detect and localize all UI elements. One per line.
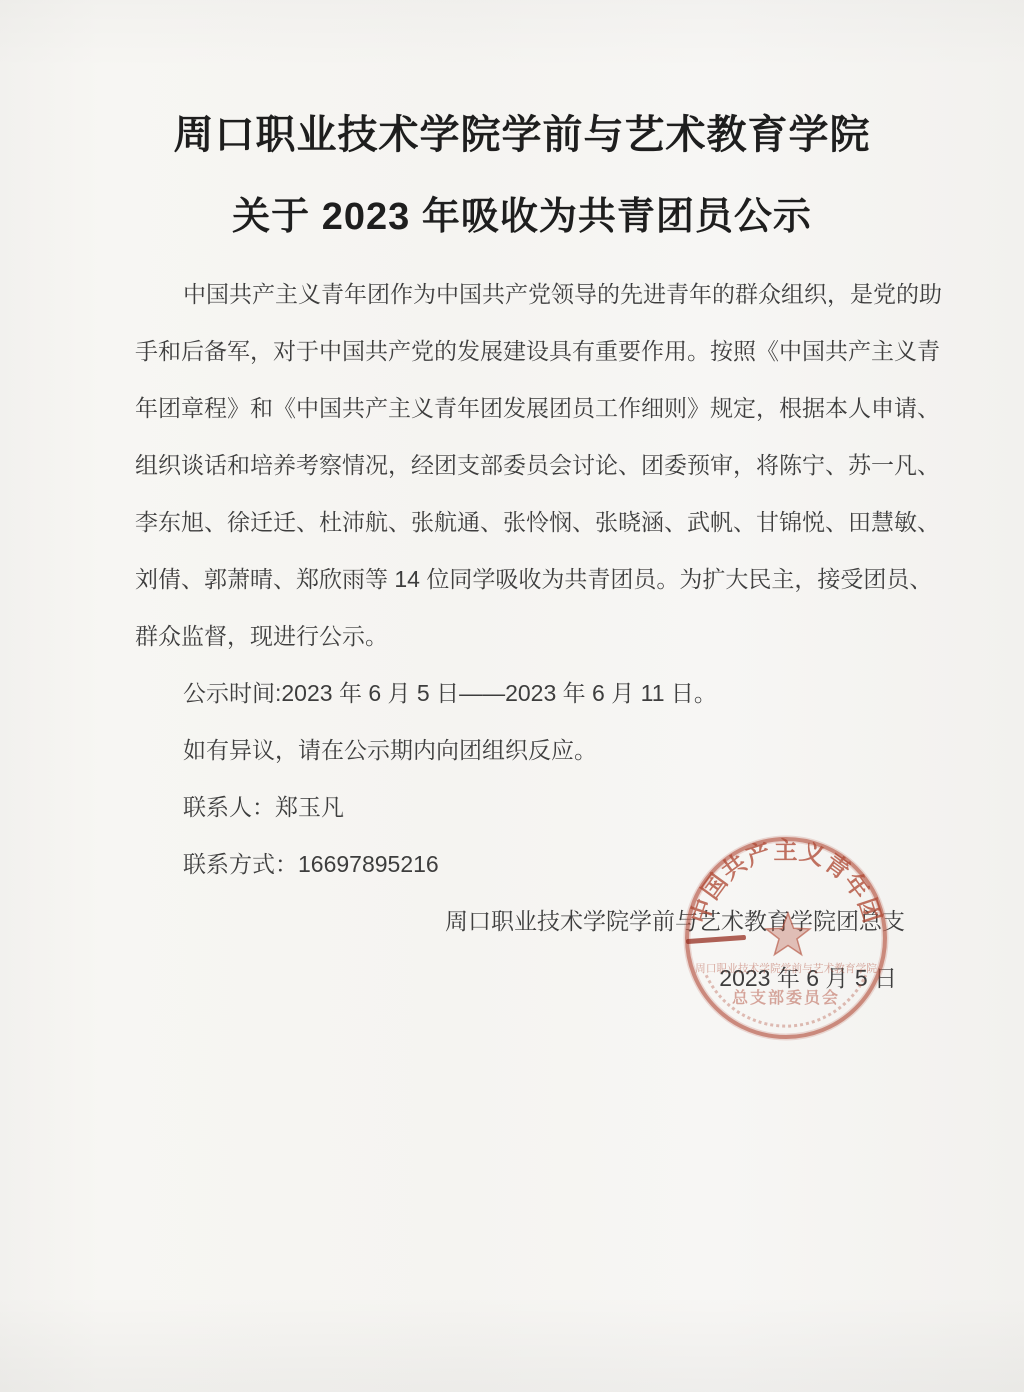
body-line-1: 中国共产主义青年团作为中国共产党领导的先进青年的群众组织，是党的助 [135, 266, 905, 323]
body-line-5: 李东旭、徐迁迁、杜沛航、张航通、张怜悯、张晓涵、武帆、甘锦悦、田慧敏、 [135, 494, 905, 551]
body-line-6: 刘倩、郭萧晴、郑欣雨等 14 位同学吸收为共青团员。为扩大民主，接受团员、 [135, 551, 905, 608]
body-line-7: 群众监督，现进行公示。 [135, 608, 905, 665]
body-line-3: 年团章程》和《中国共产主义青年团发展团员工作细则》规定，根据本人申请、 [135, 380, 905, 437]
signature-date: 2023 年 6 月 5 日 [135, 950, 897, 1007]
doc-body: 中国共产主义青年团作为中国共产党领导的先进青年的群众组织，是党的助 手和后备军，… [0, 266, 1024, 893]
signature-org: 周口职业技术学院学前与艺术教育学院团总支 [135, 893, 905, 950]
objection-line: 如有异议，请在公示期内向团组织反应。 [135, 722, 905, 779]
publicity-period-line: 公示时间:2023 年 6 月 5 日——2023 年 6 月 11 日。 [135, 665, 905, 722]
doc-title-line2: 关于 2023 年吸收为共青团员公示 [0, 186, 1024, 248]
body-line-2: 手和后备军，对于中国共产党的发展建设具有重要作用。按照《中国共产主义青 [135, 323, 905, 380]
contact-phone-line: 联系方式：16697895216 [135, 836, 905, 893]
contact-person-line: 联系人：郑玉凡 [135, 779, 905, 836]
body-line-4: 组织谈话和培养考察情况，经团支部委员会讨论、团委预审，将陈宁、苏一凡、 [135, 437, 905, 494]
document-page: 周口职业技术学院学前与艺术教育学院 关于 2023 年吸收为共青团员公示 中国共… [0, 0, 1024, 1392]
doc-title-line1: 周口职业技术学院学前与艺术教育学院 [0, 104, 1024, 166]
